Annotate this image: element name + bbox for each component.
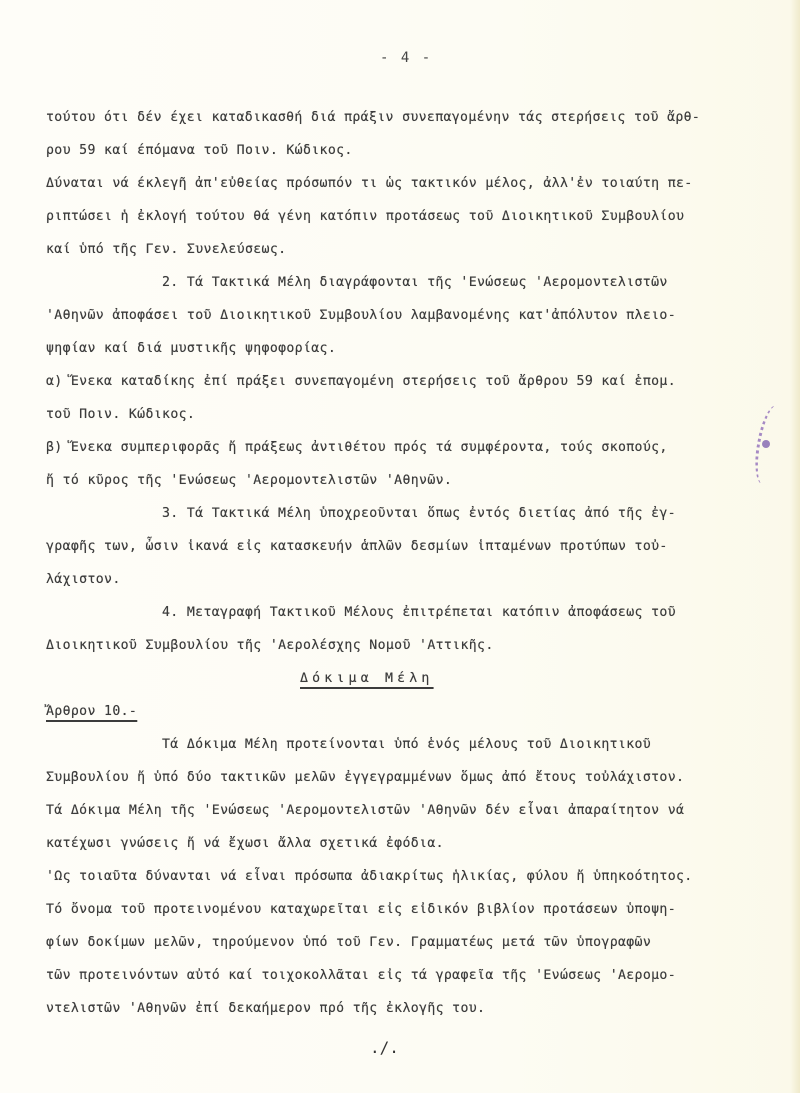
text-line: τοῦ Ποιν. Κώδικος. <box>46 407 195 423</box>
text-line: ντελιστῶν 'Αθηνῶν ἐπί δεκαήμερον πρό τῆς… <box>46 1001 485 1017</box>
text-line: φίων δοκίμων μελῶν, τηρούμενον ὑπό τοῦ Γ… <box>46 935 651 951</box>
text-line: λάχιστον. <box>46 572 121 588</box>
text-line: ψηφίαν καί διά μυστικῆς ψηφοφορίας. <box>46 341 336 357</box>
text-line: ἤ τό κῦρος τῆς 'Ενώσεως 'Αερομοντελιστῶν… <box>46 473 452 489</box>
paragraph-4-start: 4. Μεταγραφή Τακτικοῦ Μέλους ἐπιτρέπεται… <box>162 605 676 621</box>
ink-stamp-dot <box>762 440 770 448</box>
list-item-alpha: α) Ἕνεκα καταδίκης ἐπί πράξει συνεπαγομέ… <box>46 374 676 390</box>
text-line: καί ὑπό τῆς Γεν. Συνελεύσεως. <box>46 242 286 258</box>
text-line: κατέχωσι γνώσεις ἤ νά ἔχωσι ἄλλα σχετικά… <box>46 836 444 852</box>
end-mark: ./. <box>370 1038 399 1057</box>
text-line: γραφῆς των, ὦσιν ἱκανά εἰς κατασκευήν ἁπ… <box>46 539 668 555</box>
paragraph-2-start: 2. Τά Τακτικά Μέλη διαγράφονται τῆς 'Ενώ… <box>162 275 668 291</box>
text-line: Διοικητικοῦ Συμβουλίου τῆς 'Αερολέσχης Ν… <box>46 638 494 654</box>
paragraph-start: Τά Δόκιμα Μέλη προτείνονται ὑπό ἑνός μέλ… <box>162 737 651 753</box>
text-line: Τό ὄνομα τοῦ προτεινομένου καταχωρεῖται … <box>46 902 676 918</box>
list-item-beta: β) Ἕνεκα συμπεριφορᾶς ἤ πράξεως ἀντιθέτο… <box>46 440 668 456</box>
text-line: Συμβουλίου ἤ ὑπό δύο τακτικῶν μελῶν ἐγγε… <box>46 770 684 786</box>
text-line: 'Ως τοιαῦτα δύνανται νά εἶναι πρόσωπα ἀδ… <box>46 869 693 885</box>
text-line: 'Αθηνῶν ἀποφάσει τοῦ Διοικητικοῦ Συμβουλ… <box>46 308 676 324</box>
text-line: τῶν προτεινόντων αὐτό καί τοιχοκολλᾶται … <box>46 968 676 984</box>
paragraph-3-start: 3. Τά Τακτικά Μέλη ὑποχρεοῦνται ὅπως ἐντ… <box>162 506 676 522</box>
section-heading: Δόκιμα Μέλη <box>300 671 434 687</box>
text-line: Δύναται νά έκλεγῆ ἀπ'εὐθείας πρόσωπόν τι… <box>46 176 693 192</box>
text-line: ρου 59 καί έπόμανα τοῦ Ποιν. Κώδικος. <box>46 143 353 159</box>
page-number: - 4 - <box>380 50 432 66</box>
page-edge-shadow <box>790 0 800 1093</box>
article-title: Ἄρθρον 10.- <box>46 704 137 720</box>
text-line: τούτου ότι δέν έχει καταδικασθή διά πράξ… <box>46 110 700 126</box>
text-line: ριπτώσει ἡ ἐκλογή τούτου θά γένη κατόπιν… <box>46 209 684 225</box>
text-line: Τά Δόκιμα Μέλη τῆς 'Ενώσεως 'Αερομοντελι… <box>46 803 684 819</box>
